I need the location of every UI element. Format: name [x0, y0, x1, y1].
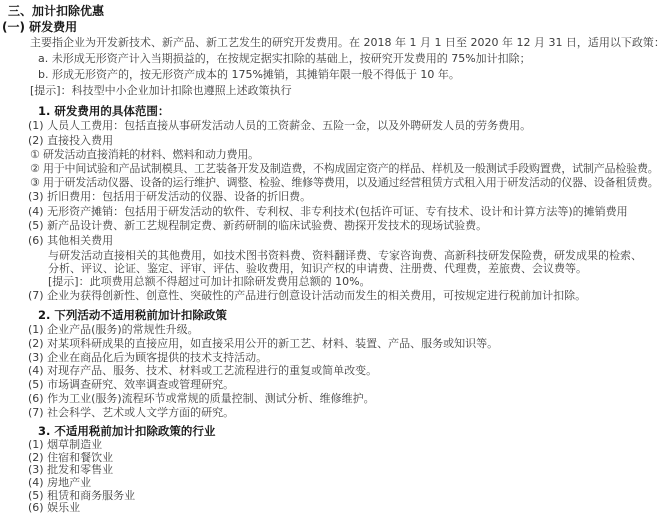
section-title: 三、加计扣除优惠 — [0, 3, 660, 19]
industry-list-item: (4) 房地产业 — [0, 477, 660, 490]
continuation-line: [提示]：此项费用总额不得超过可加计扣除研发费用总额的 10%。 — [0, 275, 660, 288]
paragraph-line: 主要指企业为开发新技术、新产品、新工艺发生的研究开发费用。在 2018 年 1 … — [0, 35, 660, 51]
list-item: (7) 社会科学、艺术或人文学方面的研究。 — [0, 406, 660, 420]
list-item: (7) 企业为获得创新性、创意性、突破性的产品进行创意设计活动而发生的相关费用，… — [0, 289, 660, 304]
numbered-heading: 3. 不适用税前加计扣除政策的行业 — [0, 423, 660, 439]
circled-list-item: ② 用于中间试验和产品试制模具、工艺装备开发及制造费，不构成固定资产的样品、样机… — [0, 162, 660, 176]
list-item: (4) 对现存产品、服务、技术、材料或工艺流程进行的重复或简单改变。 — [0, 364, 660, 378]
list-item: (2) 直接投入费用 — [0, 134, 660, 149]
document-body: 三、加计扣除优惠(一) 研发费用主要指企业为开发新技术、新产品、新工艺发生的研究… — [0, 0, 660, 514]
list-item: (1) 企业产品(服务)的常规性升级。 — [0, 323, 660, 337]
industry-list-item: (3) 批发和零售业 — [0, 464, 660, 477]
numbered-heading: 2. 下列活动不适用税前加计扣除政策 — [0, 307, 660, 323]
policy-option-line: a. 未形成无形资产计入当期损益的，在按规定据实扣除的基础上，按研究开发费用的 … — [0, 51, 660, 67]
continuation-line: 与研发活动直接相关的其他费用，如技术图书资料费、资料翻译费、专家咨询费、高新科技… — [0, 249, 660, 262]
policy-option-line: b. 形成无形资产的，按无形资产成本的 175%摊销，其摊销年限一般不得低于 1… — [0, 67, 660, 83]
paragraph-line: [提示]：科技型中小企业加计扣除也遵照上述政策执行 — [0, 83, 660, 99]
list-item: (5) 市场调查研究、效率调查或管理研究。 — [0, 378, 660, 392]
list-item: (1) 人员人工费用：包括直接从事研发活动人员的工资薪金、五险一金，以及外聘研发… — [0, 119, 660, 134]
list-item: (5) 新产品设计费、新工艺规程制定费、新药研制的临床试验费、勘探开发技术的现场… — [0, 219, 660, 234]
circled-list-item: ③ 用于研发活动仪器、设备的运行维护、调整、检验、维修等费用，以及通过经营租赁方… — [0, 176, 660, 190]
industry-list-item: (2) 住宿和餐饮业 — [0, 452, 660, 465]
subsection-heading: (一) 研发费用 — [0, 19, 660, 35]
continuation-line: 分析、评议、论证、鉴定、评审、评估、验收费用，知识产权的申请费、注册费、代理费，… — [0, 262, 660, 275]
list-item: (6) 作为工业(服务)流程环节或常规的质量控制、测试分析、维修维护。 — [0, 392, 660, 406]
circled-list-item: ① 研发活动直接消耗的材料、燃料和动力费用。 — [0, 148, 660, 162]
industry-list-item: (6) 娱乐业 — [0, 502, 660, 514]
list-item: (3) 企业在商品化后为顾客提供的技术支持活动。 — [0, 351, 660, 365]
list-item: (4) 无形资产摊销：包括用于研发活动的软件、专利权、非专利技术(包括许可证、专… — [0, 205, 660, 220]
list-item: (6) 其他相关费用 — [0, 234, 660, 249]
industry-list-item: (1) 烟草制造业 — [0, 439, 660, 452]
list-item: (2) 对某项科研成果的直接应用，如直接采用公开的新工艺、材料、装置、产品、服务… — [0, 337, 660, 351]
industry-list-item: (5) 租赁和商务服务业 — [0, 490, 660, 503]
list-item: (3) 折旧费用：包括用于研发活动的仪器、设备的折旧费。 — [0, 190, 660, 205]
numbered-heading: 1. 研发费用的具体范围： — [0, 103, 660, 119]
